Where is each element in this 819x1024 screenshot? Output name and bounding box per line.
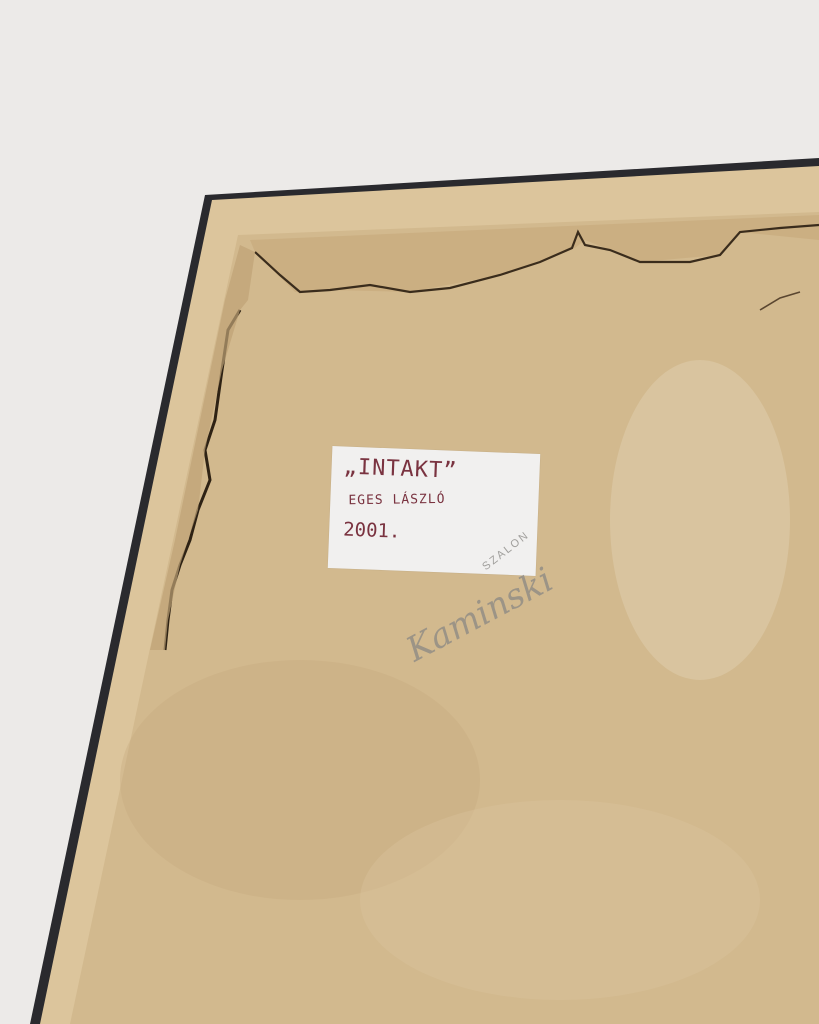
label-title: „INTAKT” bbox=[343, 455, 458, 484]
photo-scene: „INTAKT” EGES LÁSZLÓ 2001. SZALON Kamins… bbox=[0, 0, 819, 1024]
label-artist: EGES LÁSZLÓ bbox=[348, 492, 445, 508]
label-year: 2001. bbox=[343, 519, 401, 543]
